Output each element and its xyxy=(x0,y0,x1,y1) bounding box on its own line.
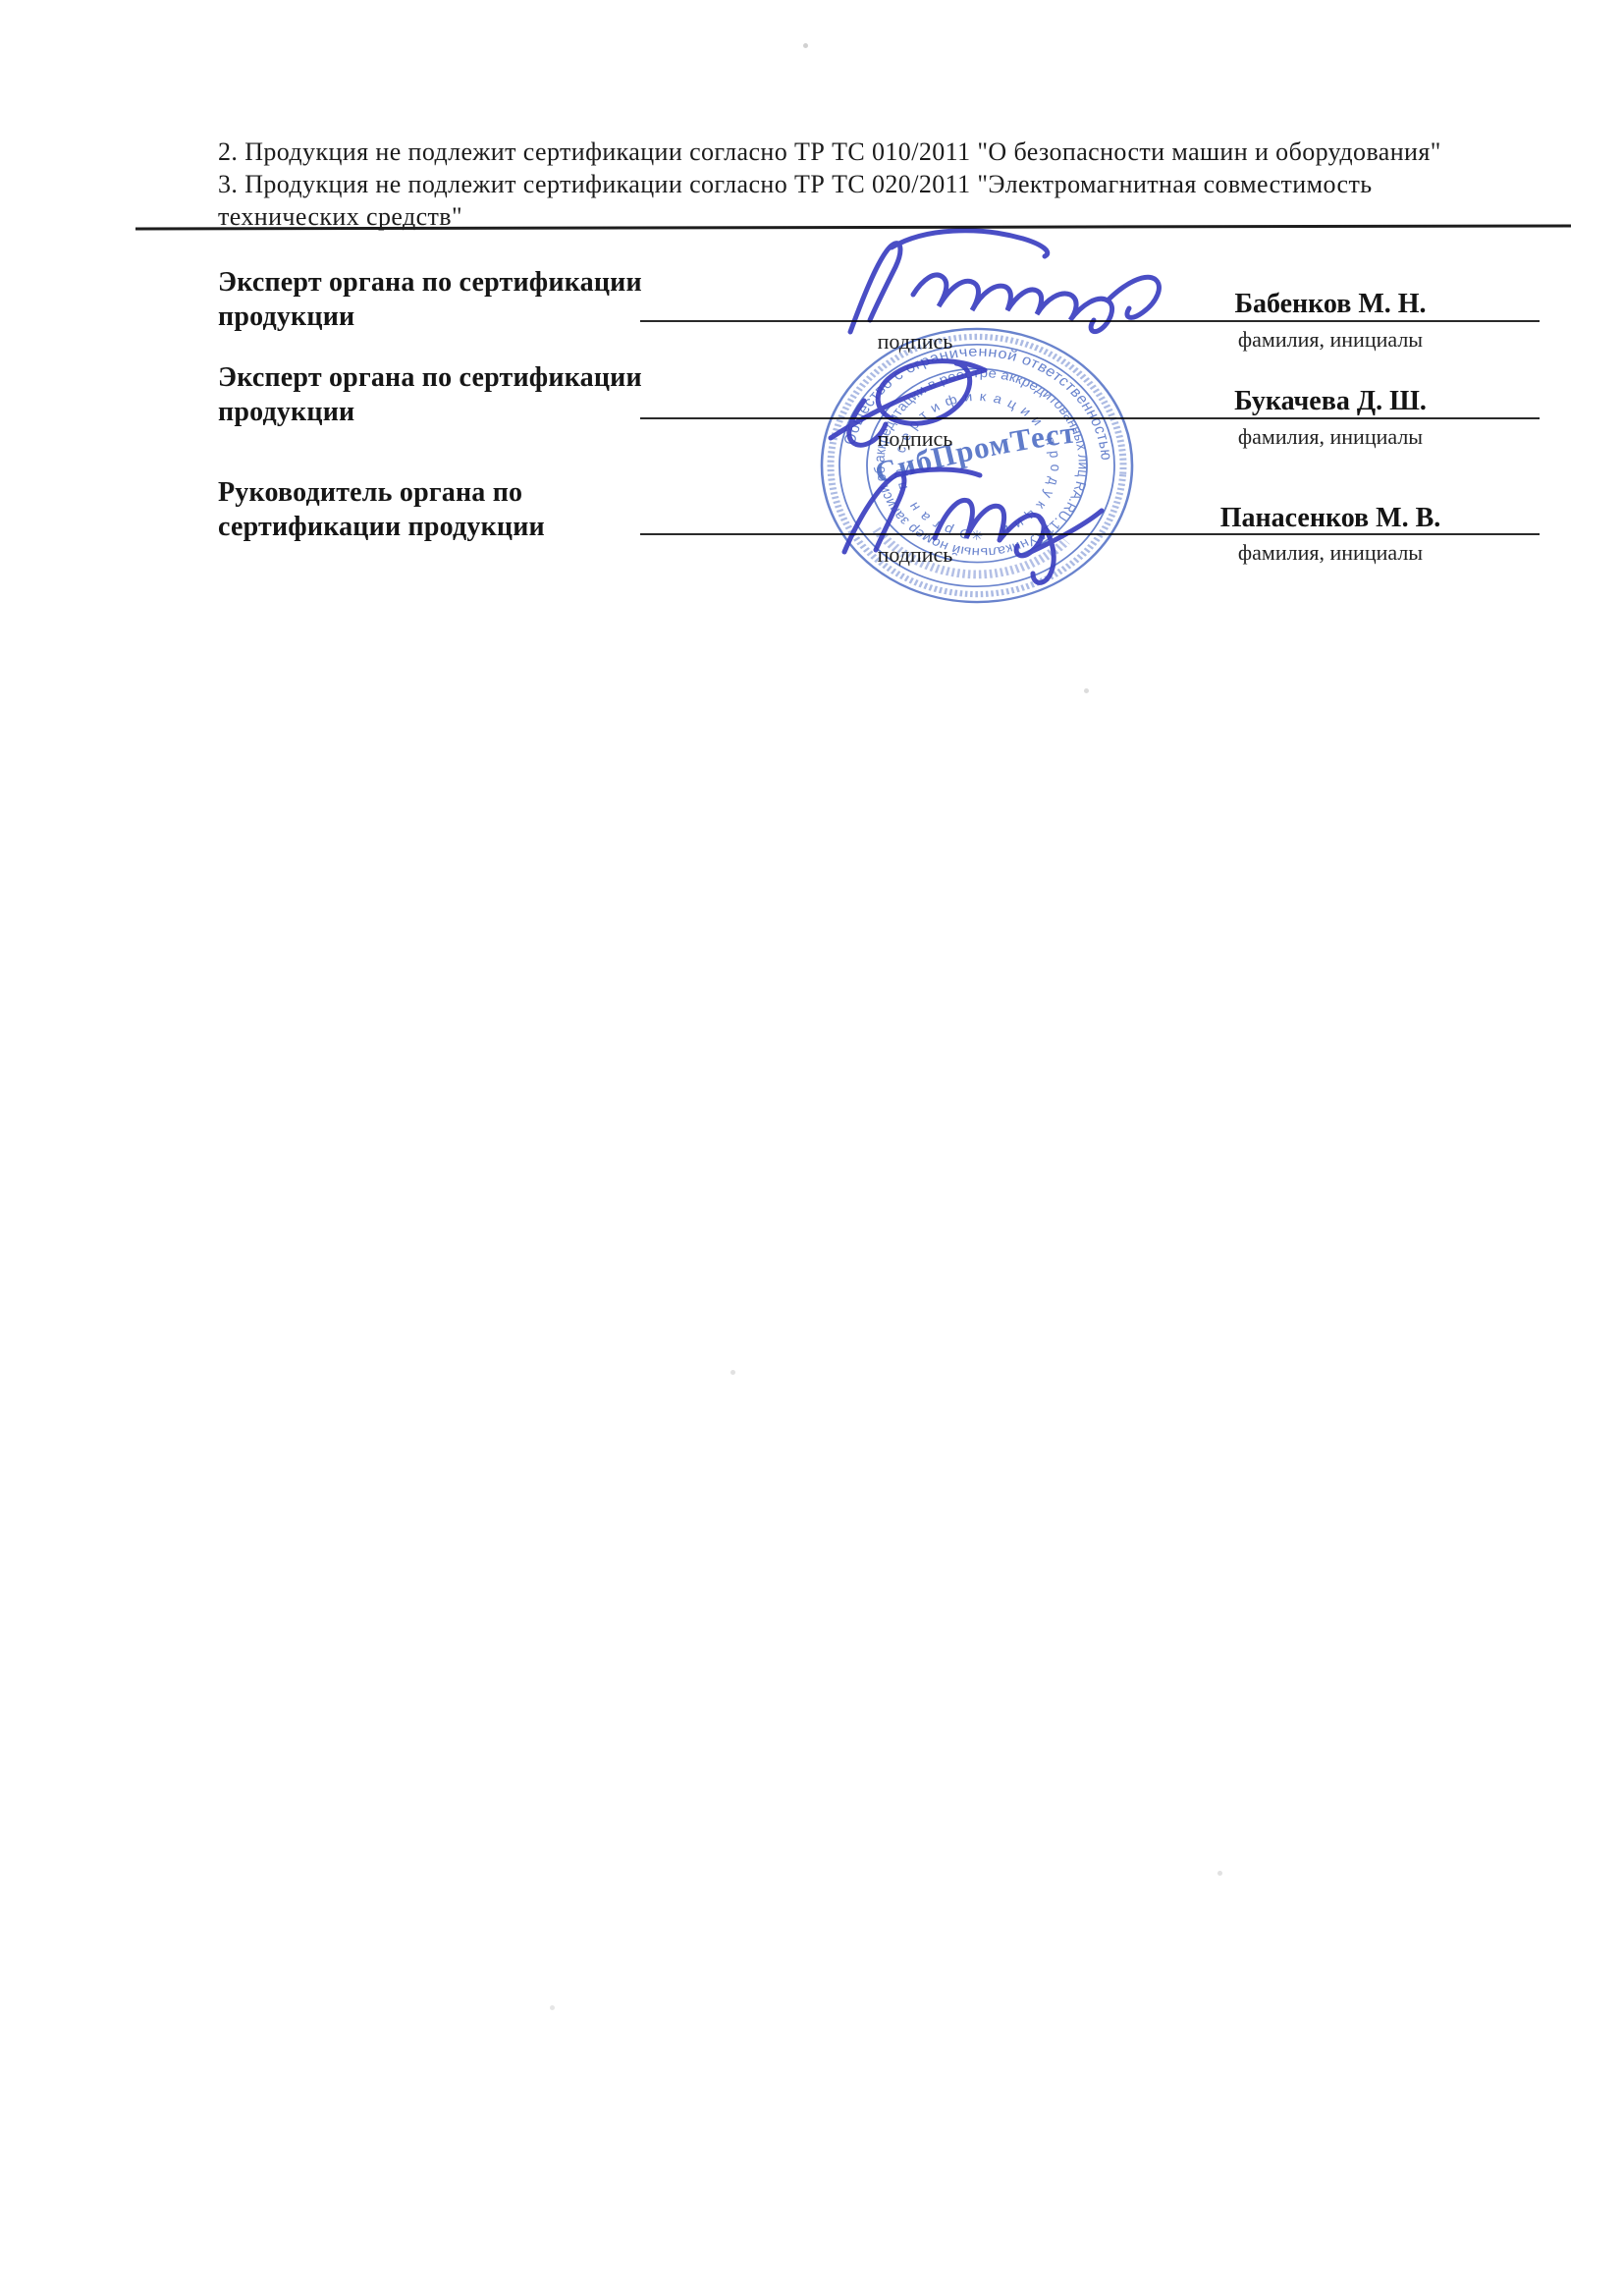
signer-name: Панасенков М. В. xyxy=(1208,503,1453,534)
signature-caption: подпись xyxy=(640,329,1190,355)
signature-line xyxy=(640,533,1540,535)
scan-speck xyxy=(730,1370,735,1375)
signer-role-line2: сертификации продукции xyxy=(218,512,545,543)
signer-name: Букачева Д. Ш. xyxy=(1208,386,1453,417)
signer-role-line1: Руководитель органа по xyxy=(218,477,522,509)
name-caption: фамилия, инициалы xyxy=(1208,540,1453,566)
signature-caption: подпись xyxy=(640,426,1190,452)
signature-line xyxy=(640,320,1540,322)
signer-role-line1: Эксперт органа по сертификации xyxy=(218,267,642,299)
stamp-body-ring: Орган по сертификации продукции ✳ xyxy=(884,383,1070,547)
handwritten-signature-1 xyxy=(850,231,1159,332)
scanned-certificate-page: 2. Продукция не подлежит сертификации со… xyxy=(0,0,1623,2296)
scan-speck xyxy=(1217,1871,1222,1876)
note-line-2: 2. Продукция не подлежит сертификации со… xyxy=(218,137,1441,167)
name-caption: фамилия, инициалы xyxy=(1208,327,1453,353)
signer-role-line2: продукции xyxy=(218,301,354,333)
signature-caption: подпись xyxy=(640,542,1190,568)
signer-role-line1: Эксперт органа по сертификации xyxy=(218,362,642,394)
scan-speck xyxy=(803,43,808,48)
note-line-3: 3. Продукция не подлежит сертификации со… xyxy=(218,170,1372,199)
stamp-accreditation-ring: Уникальный номер записи об аккредитации … xyxy=(863,358,1100,567)
scan-speck xyxy=(550,2005,555,2010)
signer-name: Бабенков М. Н. xyxy=(1208,289,1453,320)
signature-line xyxy=(640,417,1540,419)
scan-speck xyxy=(1084,688,1089,693)
signer-role-line2: продукции xyxy=(218,397,354,428)
name-caption: фамилия, инициалы xyxy=(1208,424,1453,450)
